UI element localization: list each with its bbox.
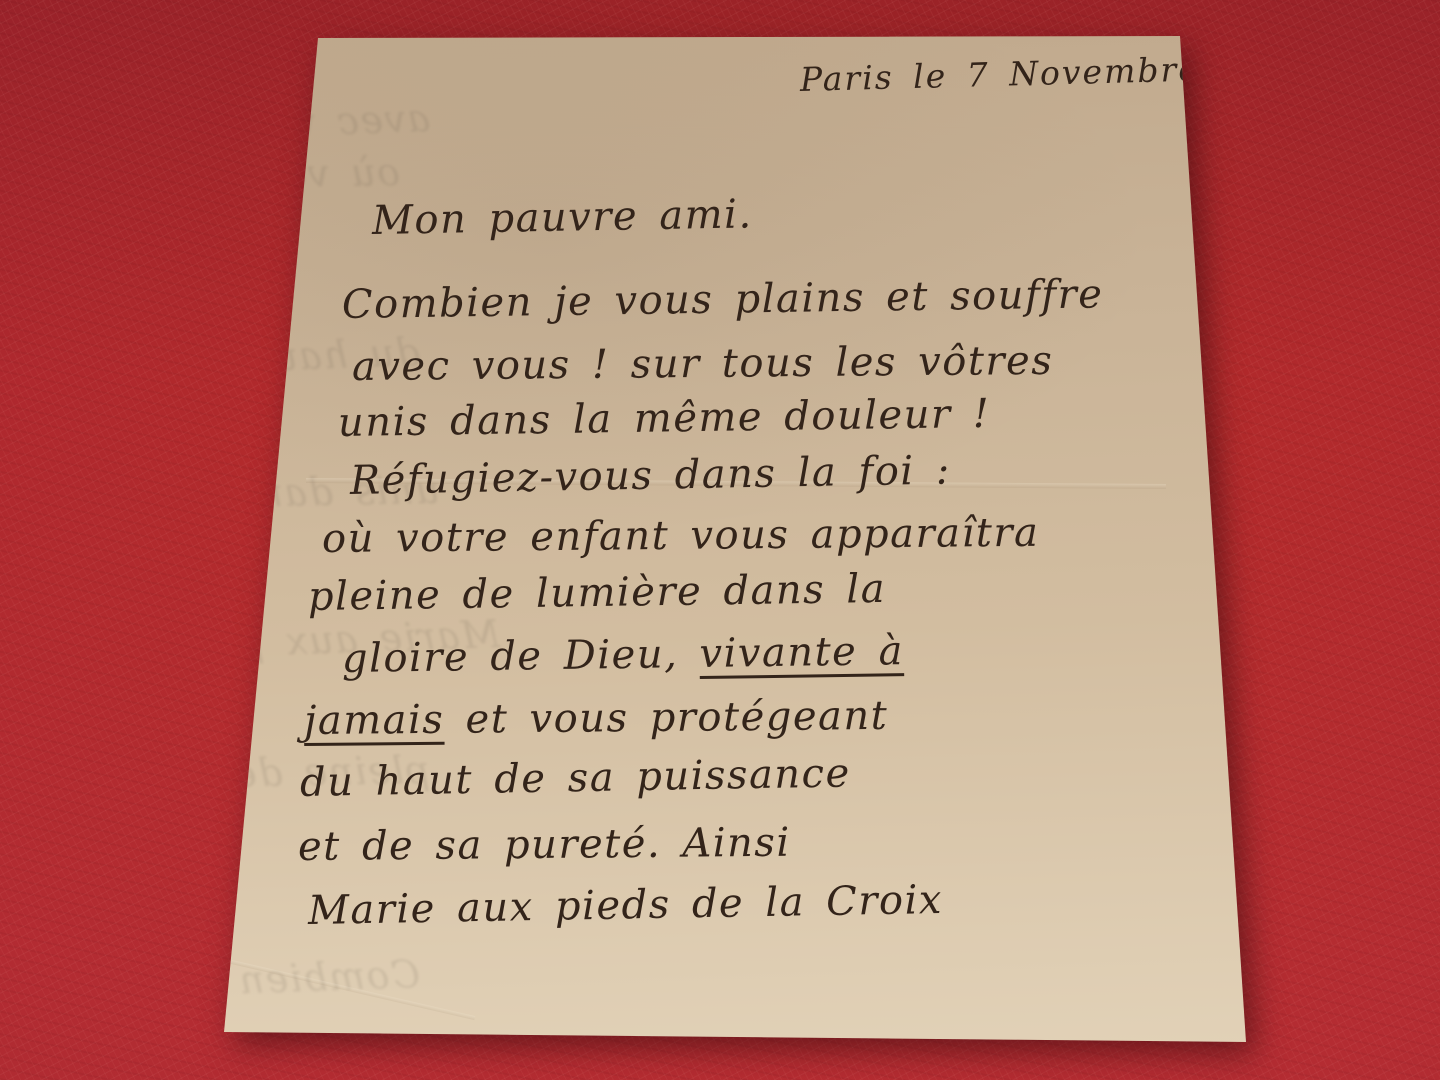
letter-line-5: où votre enfant vous apparaîtra: [322, 510, 1040, 562]
letter-line-8: jamais et vous protégeant: [304, 693, 889, 744]
letter-line-11: Marie aux pieds de la Croix: [308, 877, 944, 934]
letter-line-7-underlined: vivante à: [699, 628, 904, 677]
letter-line-6: pleine de lumière dans la: [308, 566, 887, 620]
letter-line-2: avec vous ! sur tous les vôtres: [352, 338, 1054, 390]
ghost-line: où votre enfant vous apparaîtra: [0, 150, 400, 206]
letter-line-10: et de sa pureté. Ainsi: [298, 820, 791, 870]
salutation: Mon pauvre ami.: [372, 191, 753, 244]
letter-line-8-plain: et vous protégeant: [444, 693, 888, 743]
letter-line-7: gloire de Dieu, vivante à: [342, 628, 904, 682]
letter-paper-shadow: avec vous ! sur tous les vôtres où votre…: [0, 0, 1440, 1080]
letter-line-7-plain: gloire de Dieu,: [342, 631, 700, 682]
letter-line-9: du haut de sa puissance: [300, 750, 851, 806]
letter-line-1: Combien je vous plains et souffre: [342, 271, 1104, 328]
ghost-line: Combien je vous plains et souffre: [0, 952, 421, 1021]
letter-paper: avec vous ! sur tous les vôtres où votre…: [0, 0, 1440, 1080]
letter-line-8-underlined: jamais: [304, 697, 445, 744]
photo-background: avec vous ! sur tous les vôtres où votre…: [0, 0, 1440, 1080]
letter-line-3: unis dans la même douleur !: [338, 391, 991, 446]
letter-line-4: Réfugiez-vous dans la foi :: [350, 448, 952, 504]
dateline: Paris le 7 Novembre: [799, 50, 1200, 99]
